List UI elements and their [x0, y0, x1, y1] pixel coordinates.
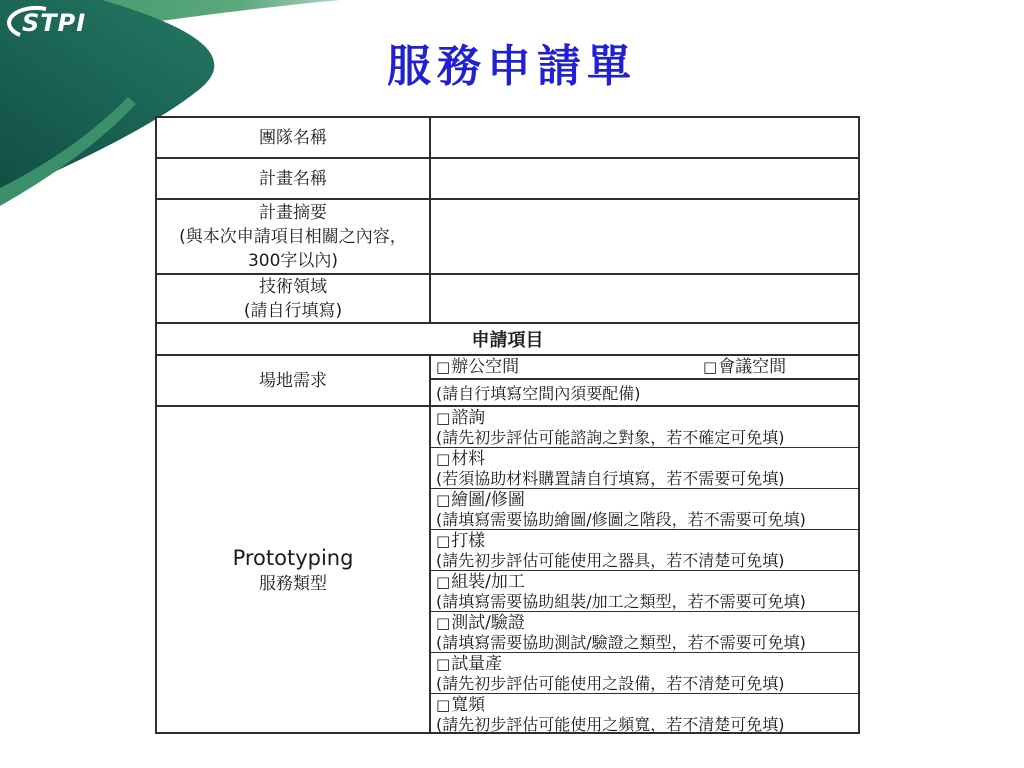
checkbox-icon: □: [436, 491, 450, 509]
tail-shape: [0, 97, 136, 206]
checkbox-icon: □: [436, 655, 450, 673]
checkbox-icon: □: [436, 409, 450, 427]
prototyping-item: □組裝/加工 (請填寫需要協助組裝/加工之類型，若不需要可免填): [431, 570, 858, 611]
item-option: 寬頻: [451, 695, 485, 715]
table-row-project-summary: 計畫摘要 (與本次申請項目相關之內容， 300字以內): [157, 198, 858, 273]
prototyping-title-zh: 服務類型: [259, 572, 327, 596]
row-label: 場地需求: [157, 356, 431, 405]
venue-options-line: □ 辦公空間 □ 會議空間: [431, 356, 858, 380]
item-option: 組裝/加工: [451, 572, 525, 592]
checkbox-icon: □: [436, 696, 450, 714]
checkbox-icon: □: [703, 356, 717, 378]
item-note: (請先初步評估可能使用之設備，若不清楚可免填): [436, 674, 858, 693]
page-title: 服務申請單: [0, 30, 1024, 94]
table-row-prototyping: Prototyping 服務類型 □諮詢 (請先初步評估可能諮詢之對象，若不確定…: [157, 405, 858, 732]
prototyping-item: □打樣 (請先初步評估可能使用之器具，若不清楚可免填): [431, 529, 858, 570]
item-option: 打樣: [451, 531, 485, 551]
row-label: 計畫名稱: [157, 159, 431, 198]
table-row-tech-field: 技術領域 (請自行填寫): [157, 273, 858, 322]
table-row-venue: 場地需求 □ 辦公空間 □ 會議空間 (請自行填寫空間內須要配備): [157, 354, 858, 405]
venue-note: (請自行填寫空間內須要配備): [431, 380, 858, 405]
item-note: (請填寫需要協助繪圖/修圖之階段，若不需要可免填): [436, 510, 858, 529]
item-note: (請先初步評估可能使用之器具，若不清楚可免填): [436, 551, 858, 570]
prototyping-item: □試量產 (請先初步評估可能使用之設備，若不清楚可免填): [431, 652, 858, 693]
prototyping-title-en: Prototyping: [233, 544, 354, 572]
row-label: 團隊名稱: [157, 118, 431, 157]
item-note: (請先初步評估可能諮詢之對象，若不確定可免填): [436, 428, 858, 447]
item-option: 試量產: [451, 654, 502, 674]
prototyping-item: □寬頻 (請先初步評估可能使用之頻寬，若不清楚可免填): [431, 693, 858, 734]
item-note: (請先初步評估可能使用之頻寬，若不清楚可免填): [436, 715, 858, 734]
item-note: (請填寫需要協助組裝/加工之類型，若不需要可免填): [436, 592, 858, 611]
item-note: (若須協助材料購置請自行填寫，若不需要可免填): [436, 469, 858, 488]
venue-option-office: 辦公空間: [451, 356, 519, 378]
row-label: 技術領域 (請自行填寫): [157, 275, 431, 322]
prototyping-item: □材料 (若須協助材料購置請自行填寫，若不需要可免填): [431, 447, 858, 488]
checkbox-icon: □: [436, 532, 450, 550]
input-cell: [431, 275, 858, 322]
row-label: 計畫摘要 (與本次申請項目相關之內容， 300字以內): [157, 200, 431, 273]
venue-option-meeting: 會議空間: [718, 356, 786, 378]
input-cell: [431, 200, 858, 273]
section-header-row: 申請項目: [157, 322, 858, 354]
slide: STPI 服務申請單 團隊名稱 計畫名稱 計畫摘要 (與本次申請項目相關之內容，…: [0, 0, 1024, 768]
item-option: 諮詢: [451, 408, 485, 428]
checkbox-icon: □: [436, 450, 450, 468]
service-application-table: 團隊名稱 計畫名稱 計畫摘要 (與本次申請項目相關之內容， 300字以內) 技術…: [155, 116, 860, 734]
item-option: 材料: [451, 449, 485, 469]
prototyping-items: □諮詢 (請先初步評估可能諮詢之對象，若不確定可免填) □材料 (若須協助材料購…: [431, 407, 858, 732]
section-header: 申請項目: [157, 324, 858, 354]
item-option: 測試/驗證: [451, 613, 525, 633]
item-option: 繪圖/修圖: [451, 490, 525, 510]
prototyping-label: Prototyping 服務類型: [157, 407, 431, 732]
prototyping-item: □繪圖/修圖 (請填寫需要協助繪圖/修圖之階段，若不需要可免填): [431, 488, 858, 529]
venue-cell: □ 辦公空間 □ 會議空間 (請自行填寫空間內須要配備): [431, 356, 858, 405]
checkbox-icon: □: [436, 614, 450, 632]
checkbox-icon: □: [436, 573, 450, 591]
prototyping-item: □測試/驗證 (請填寫需要協助測試/驗證之類型，若不需要可免填): [431, 611, 858, 652]
table-row-team-name: 團隊名稱: [157, 118, 858, 157]
input-cell: [431, 159, 858, 198]
venue-option-meeting-wrap: □ 會議空間: [703, 356, 786, 378]
checkbox-icon: □: [436, 356, 450, 378]
item-note: (請填寫需要協助測試/驗證之類型，若不需要可免填): [436, 633, 858, 652]
table-row-project-name: 計畫名稱: [157, 157, 858, 198]
prototyping-item: □諮詢 (請先初步評估可能諮詢之對象，若不確定可免填): [431, 407, 858, 447]
input-cell: [431, 118, 858, 157]
